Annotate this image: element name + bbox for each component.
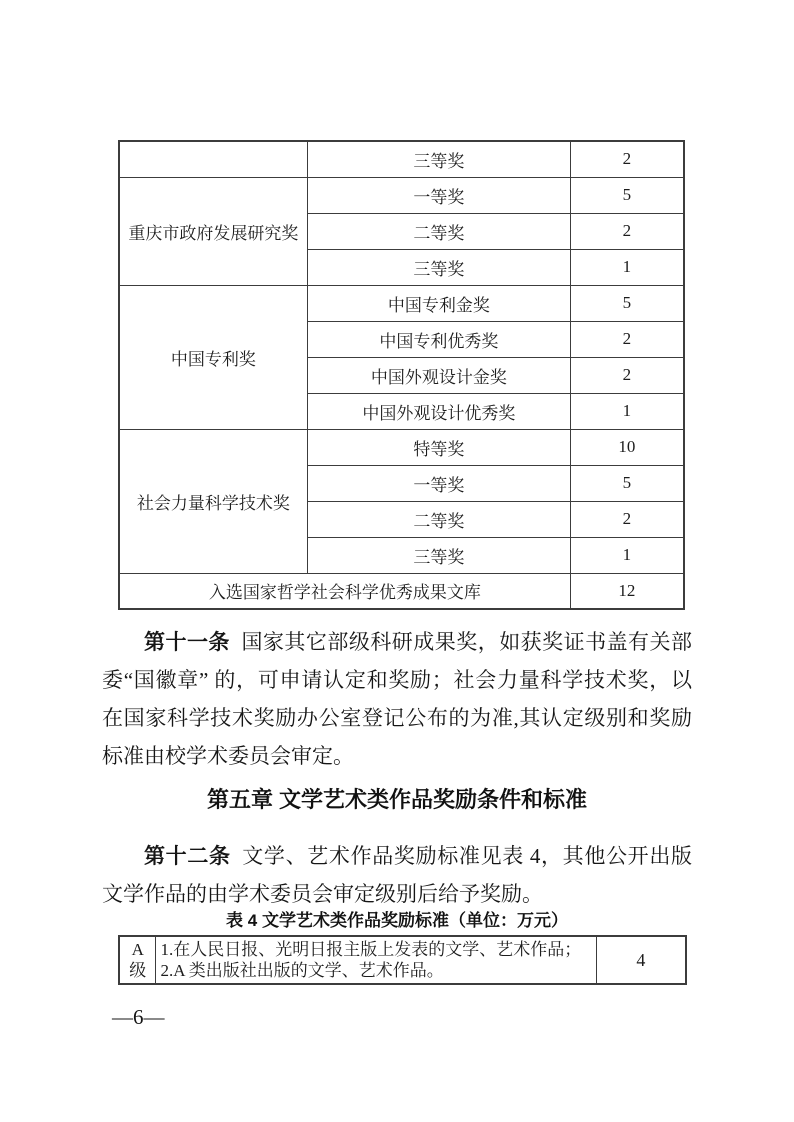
award-amount-cell: 2 <box>570 321 684 357</box>
award-level-cell: 二等奖 <box>307 213 570 249</box>
amount-cell: 4 <box>596 936 686 984</box>
grade-cell: A 级 <box>119 936 156 984</box>
article-12-paragraph: 第十二条文学、艺术作品奖励标准见表 4，其他公开出版文学作品的由学术委员会审定级… <box>102 837 692 913</box>
award-amount-cell: 2 <box>570 501 684 537</box>
award-level-cell: 三等奖 <box>307 141 570 177</box>
award-amount-cell: 1 <box>570 537 684 573</box>
table-row: 中国专利奖 中国专利金奖 5 <box>119 285 684 321</box>
award-level-cell: 三等奖 <box>307 249 570 285</box>
award-amount-cell: 5 <box>570 465 684 501</box>
table-row: A 级 1.在人民日报、光明日报主版上发表的文学、艺术作品； 2.A 类出版社出… <box>119 936 686 984</box>
award-level-cell: 二等奖 <box>307 501 570 537</box>
award-amount-cell: 5 <box>570 285 684 321</box>
award-amount-cell: 2 <box>570 357 684 393</box>
table-row: 重庆市政府发展研究奖 一等奖 5 <box>119 177 684 213</box>
table-4: A 级 1.在人民日报、光明日报主版上发表的文学、艺术作品； 2.A 类出版社出… <box>118 935 687 985</box>
award-category-cell: 社会力量科学技术奖 <box>119 429 307 573</box>
page-number: —6— <box>112 1000 165 1034</box>
award-level-cell: 中国外观设计金奖 <box>307 357 570 393</box>
table-row: 入选国家哲学社会科学优秀成果文库 12 <box>119 573 684 609</box>
criteria-cell: 1.在人民日报、光明日报主版上发表的文学、艺术作品； 2.A 类出版社出版的文学… <box>156 936 596 984</box>
table-row: 社会力量科学技术奖 特等奖 10 <box>119 429 684 465</box>
document-page: { "award_table": { "continuation_row": {… <box>0 0 794 1122</box>
special-award-cell: 入选国家哲学社会科学优秀成果文库 <box>119 573 570 609</box>
award-level-cell: 一等奖 <box>307 177 570 213</box>
article-11-paragraph: 第十一条国家其它部级科研成果奖，如获奖证书盖有关部委“国徽章” 的，可申请认定和… <box>102 623 692 775</box>
award-amount-cell: 10 <box>570 429 684 465</box>
article-12-label: 第十二条 <box>144 844 231 868</box>
award-level-cell: 一等奖 <box>307 465 570 501</box>
award-amount-table: 三等奖 2 重庆市政府发展研究奖 一等奖 5 二等奖 2 三等奖 1 中国专利奖… <box>118 140 685 610</box>
award-level-cell: 中国专利金奖 <box>307 285 570 321</box>
award-level-cell: 特等奖 <box>307 429 570 465</box>
award-amount-cell: 5 <box>570 177 684 213</box>
award-amount-cell: 1 <box>570 249 684 285</box>
article-11-label: 第十一条 <box>144 630 230 654</box>
award-level-cell: 中国外观设计优秀奖 <box>307 393 570 429</box>
table-4-caption: 表 4 文学艺术类作品奖励标准（单位：万元） <box>0 910 794 932</box>
award-amount-cell: 12 <box>570 573 684 609</box>
award-amount-cell: 2 <box>570 141 684 177</box>
chapter-5-heading: 第五章 文学艺术类作品奖励条件和标准 <box>0 782 794 818</box>
award-level-cell: 中国专利优秀奖 <box>307 321 570 357</box>
award-category-cell: 中国专利奖 <box>119 285 307 429</box>
table-row: 三等奖 2 <box>119 141 684 177</box>
award-amount-cell: 1 <box>570 393 684 429</box>
empty-category-cell <box>119 141 307 177</box>
award-category-cell: 重庆市政府发展研究奖 <box>119 177 307 285</box>
award-amount-cell: 2 <box>570 213 684 249</box>
award-level-cell: 三等奖 <box>307 537 570 573</box>
